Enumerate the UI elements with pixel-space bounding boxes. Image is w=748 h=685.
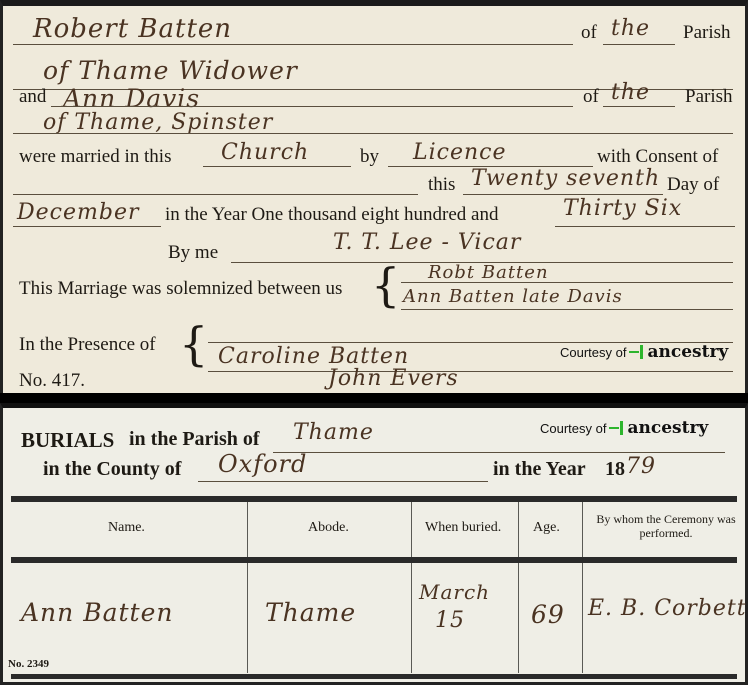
year-hand: 79: [626, 454, 656, 479]
column-divider: [411, 502, 412, 557]
col-abode: Abode.: [308, 520, 349, 536]
rule: [13, 133, 733, 134]
courtesy-text: Courtesy of: [560, 345, 626, 360]
parish: Thame: [293, 420, 374, 445]
rule: [51, 106, 573, 107]
col-name: Name.: [108, 520, 145, 536]
col-age: Age.: [533, 520, 560, 536]
parish-label: Parish: [685, 86, 733, 108]
year-label: in the Year: [493, 458, 586, 481]
table-bottom-rule: [11, 674, 737, 679]
rule: [401, 282, 733, 283]
ancestry-watermark: Courtesy of ancestry: [560, 342, 728, 362]
courtesy-text: Courtesy of: [540, 421, 606, 436]
year-label: in the Year One thousand eight hundred a…: [165, 204, 499, 226]
this-label: this: [428, 174, 455, 196]
of-label: of: [583, 86, 599, 108]
burials-title: BURIALS: [21, 428, 114, 453]
bride-parish-hand: the: [611, 80, 650, 105]
groom-name: Robert Batten: [33, 14, 232, 44]
signature-1: Robt Batten: [428, 262, 549, 283]
day-value: Twenty seventh: [471, 166, 660, 191]
column-divider: [518, 502, 519, 557]
column-divider: [411, 563, 412, 673]
rule: [463, 194, 663, 195]
and-label: and: [19, 86, 46, 108]
column-divider: [582, 563, 583, 673]
by-label: by: [360, 146, 379, 168]
rule: [13, 44, 573, 45]
ancestry-leaf-icon: [609, 421, 624, 435]
rule: [208, 371, 733, 372]
year-value: Thirty Six: [563, 196, 682, 221]
rule: [603, 44, 675, 45]
county: Oxford: [218, 450, 307, 478]
table-top-rule: [11, 496, 737, 502]
rule: [555, 226, 735, 227]
rule: [13, 194, 418, 195]
year-print: 18: [605, 458, 625, 481]
column-divider: [247, 502, 248, 557]
rule: [401, 309, 733, 310]
ancestry-leaf-icon: [629, 345, 644, 359]
parish-label: Parish: [683, 22, 731, 44]
month: December: [17, 200, 139, 225]
of-label: of: [581, 22, 597, 44]
column-divider: [518, 563, 519, 673]
officiant: T. T. Lee - Vicar: [333, 230, 521, 255]
rule: [273, 452, 725, 453]
rule: [13, 226, 161, 227]
rule: [603, 106, 675, 107]
groom-parish-hand: the: [611, 16, 650, 41]
witness-2: John Evers: [328, 366, 459, 391]
county-label: in the County of: [43, 458, 181, 481]
burial-officiant: E. B. Corbett: [588, 596, 747, 621]
column-divider: [582, 502, 583, 557]
header-bottom-rule: [11, 557, 737, 563]
marriage-record: Robert Batten of the Parish of Thame Wid…: [0, 0, 748, 393]
signature-2: Ann Batten late Davis: [403, 286, 623, 307]
by-me-label: By me: [168, 242, 218, 264]
burial-month: March: [419, 580, 490, 604]
presence-label: In the Presence of: [19, 334, 156, 356]
record-number: No. 417.: [19, 370, 85, 392]
married-label: were married in this: [19, 146, 171, 168]
consent-label: with Consent of: [597, 146, 718, 168]
rule: [198, 481, 488, 482]
burial-age: 69: [531, 600, 565, 629]
column-divider: [247, 563, 248, 673]
rule: [203, 166, 351, 167]
brace: {: [179, 321, 208, 367]
place: Church: [221, 140, 309, 165]
col-officiant: By whom the Ceremony was performed.: [591, 512, 741, 540]
burial-abode: Thame: [265, 598, 356, 627]
by-value: Licence: [413, 140, 507, 165]
burial-record: Courtesy of ancestry BURIALS in the Pari…: [0, 403, 748, 685]
ancestry-watermark: Courtesy of ancestry: [540, 418, 708, 438]
burial-number: No. 2349: [8, 658, 49, 670]
ancestry-brand: ancestry: [647, 342, 728, 362]
brace: {: [371, 262, 400, 308]
day-of-label: Day of: [667, 174, 719, 196]
ancestry-brand: ancestry: [627, 418, 708, 438]
burials-title-rest: in the Parish of: [129, 428, 260, 451]
bride-line2: of Thame, Spinster: [43, 110, 273, 135]
solemnized-label: This Marriage was solemnized between us: [19, 278, 342, 300]
col-when-buried: When buried.: [425, 520, 501, 536]
burial-day: 15: [435, 608, 465, 633]
groom-line2: of Thame Widower: [43, 56, 298, 85]
burial-name: Ann Batten: [21, 598, 173, 627]
bride-name: Ann Davis: [63, 84, 200, 113]
